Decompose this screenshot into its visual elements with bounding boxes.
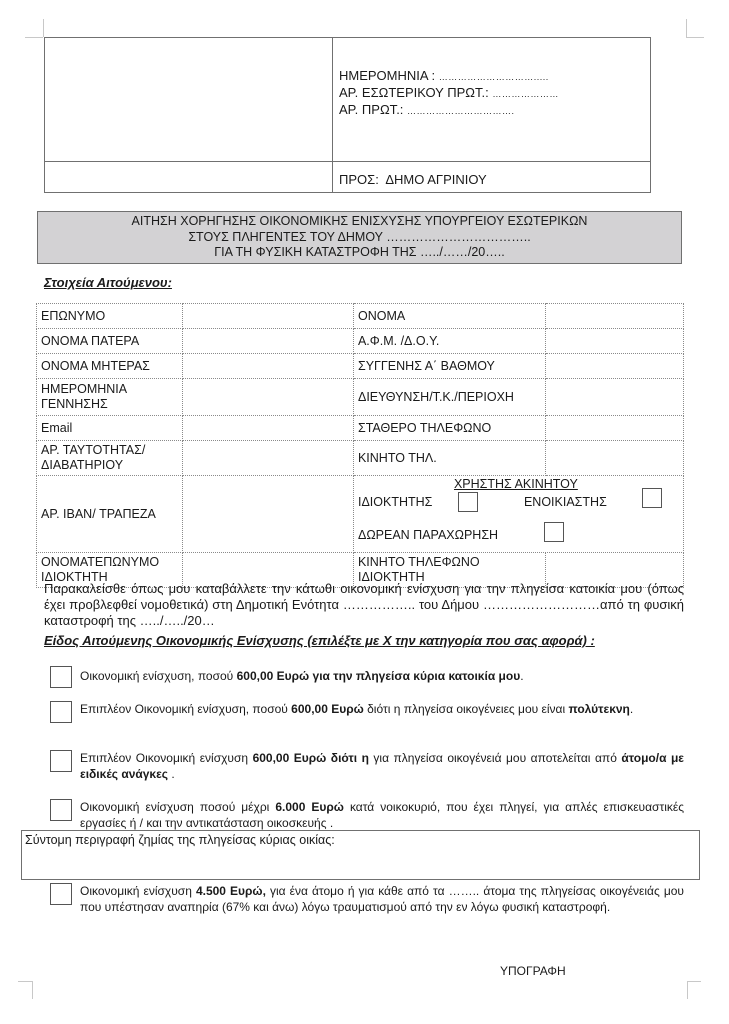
- recipient: ΠΡΟΣ: ΔΗΜΟ ΑΓΡΙΝΙΟΥ: [339, 172, 487, 187]
- free-grant-label: ΔΩΡΕΑΝ ΠΑΡΑΧΩΡΗΣΗ: [358, 528, 498, 543]
- option-checkbox[interactable]: [50, 799, 72, 821]
- page-corner-mark: [687, 981, 701, 982]
- table-row: ΕΠΩΝΥΜΟ ΟΝΟΜΑ: [37, 304, 684, 329]
- email-field[interactable]: [182, 416, 353, 441]
- field-label-father-name: ΟΝΟΜΑ ΠΑΤΕΡΑ: [37, 329, 183, 354]
- free-grant-checkbox[interactable]: [544, 522, 564, 542]
- protocol-blank[interactable]: …………………………….: [407, 106, 515, 116]
- form-title-line1: ΑΙΤΗΣΗ ΧΟΡΗΓΗΣΗΣ ΟΙΚΟΝΟΜΙΚΗΣ ΕΝΙΣΧΥΣΗΣ Υ…: [38, 214, 681, 230]
- field-label-mother-name: ΟΝΟΜΑ ΜΗΤΕΡΑΣ: [37, 354, 183, 379]
- option-repairs: Οικονομική ενίσχυση ποσού μέχρι 6.000 Ευ…: [50, 797, 684, 831]
- page-corner-mark: [686, 37, 704, 38]
- name-field[interactable]: [546, 304, 684, 329]
- first-degree-relative-field[interactable]: [546, 354, 684, 379]
- page-corner-mark: [32, 981, 33, 999]
- support-type-heading: Είδος Αιτούμενης Οικονομικής Ενίσχυσης (…: [44, 633, 595, 648]
- date-label: ΗΜΕΡΟΜΗΝΙΑ :: [339, 68, 435, 83]
- iban-field[interactable]: [182, 476, 353, 553]
- form-title-line3: ΓΙΑ ΤΗ ΦΥΣΙΚΗ ΚΑΤΑΣΤΡΟΦΗ ΤΗΣ …../……/20….…: [38, 245, 681, 261]
- header-table: ΗΜΕΡΟΜΗΝΙΑ : …………………………..... ΑΡ. ΕΣΩΤΕΡΙ…: [44, 37, 651, 193]
- field-label-landline: ΣΤΑΘΕΡΟ ΤΗΛΕΦΩΝΟ: [353, 416, 545, 441]
- page-corner-mark: [18, 981, 32, 982]
- field-label-first-degree-relative: ΣΥΓΓΕΝΗΣ Α΄ ΒΑΘΜΟΥ: [353, 354, 545, 379]
- option-text: Οικονομική ενίσχυση ποσού μέχρι 6.000 Ευ…: [80, 799, 684, 831]
- page-corner-mark: [686, 19, 687, 37]
- field-label-iban: ΑΡ. IBAN/ ΤΡΑΠΕΖΑ: [37, 476, 183, 553]
- tenant-label: ΕΝΟΙΚΙΑΣΤΗΣ: [524, 495, 607, 510]
- table-row: ΑΡ. ΤΑΥΤΟΤΗΤΑΣ/ ΔΙΑΒΑΤΗΡΙΟΥ ΚΙΝΗΤΟ ΤΗΛ.: [37, 441, 684, 476]
- field-label-id-number: ΑΡ. ΤΑΥΤΟΤΗΤΑΣ/ ΔΙΑΒΑΤΗΡΙΟΥ: [37, 441, 183, 476]
- option-checkbox[interactable]: [50, 883, 72, 905]
- option-text: Επιπλέον Οικονομική ενίσχυση 600,00 Ευρώ…: [80, 750, 684, 782]
- page-corner-mark: [687, 981, 688, 999]
- property-user-cell: ΧΡΗΣΤΗΣ ΑΚΙΝΗΤΟΥ ΙΔΙΟΚΤΗΤΗΣ ΕΝΟΙΚΙΑΣΤΗΣ …: [353, 476, 683, 553]
- page-corner-mark: [25, 37, 43, 38]
- recipient-value: ΔΗΜΟ ΑΓΡΙΝΙΟΥ: [385, 172, 486, 187]
- damage-description-box[interactable]: Σύντομη περιγραφή ζημίας της πληγείσας κ…: [21, 830, 700, 880]
- field-label-address: ΔΙΕΥΘΥΝΣΗ/Τ.Κ./ΠΕΡΙΟΧΗ: [353, 379, 545, 416]
- option-checkbox[interactable]: [50, 701, 72, 723]
- father-name-field[interactable]: [182, 329, 353, 354]
- table-row: ΟΝΟΜΑ ΜΗΤΕΡΑΣ ΣΥΓΓΕΝΗΣ Α΄ ΒΑΘΜΟΥ: [37, 354, 684, 379]
- option-text: Οικονομική ενίσχυση, ποσού 600,00 Ευρώ γ…: [80, 668, 684, 684]
- owner-label: ΙΔΙΟΚΤΗΤΗΣ: [358, 495, 432, 510]
- option-disability: Οικονομική ενίσχυση 4.500 Ευρώ, για ένα …: [50, 881, 684, 933]
- internal-protocol-blank[interactable]: …………………: [492, 89, 559, 99]
- address-field[interactable]: [546, 379, 684, 416]
- field-label-name: ΟΝΟΜΑ: [353, 304, 545, 329]
- option-main-residence: Οικονομική ενίσχυση, ποσού 600,00 Ευρώ γ…: [50, 664, 684, 690]
- birth-date-field[interactable]: [182, 379, 353, 416]
- header-divider: [45, 161, 650, 162]
- protocol-line[interactable]: ΑΡ. ΠΡΩΤ.: …………………………….: [339, 102, 559, 119]
- table-row: ΑΡ. IBAN/ ΤΡΑΠΕΖΑ ΧΡΗΣΤΗΣ ΑΚΙΝΗΤΟΥ ΙΔΙΟΚ…: [37, 476, 684, 553]
- table-row: ΟΝΟΜΑ ΠΑΤΕΡΑ Α.Φ.Μ. /Δ.Ο.Υ.: [37, 329, 684, 354]
- option-large-family: Επιπλέον Οικονομική ενίσχυση, ποσού 600,…: [50, 699, 684, 735]
- damage-description-label: Σύντομη περιγραφή ζημίας της πληγείσας κ…: [25, 833, 335, 847]
- page-corner-mark: [43, 19, 44, 37]
- mobile-field[interactable]: [546, 441, 684, 476]
- date-line[interactable]: ΗΜΕΡΟΜΗΝΙΑ : ………………………….....: [339, 68, 559, 85]
- tenant-checkbox[interactable]: [642, 488, 662, 508]
- form-title-line2: ΣΤΟΥΣ ΠΛΗΓΕΝΤΕΣ ΤΟΥ ΔΗΜΟΥ ……………………………..: [38, 230, 681, 246]
- date-blank[interactable]: ………………………….....: [439, 72, 549, 82]
- protocol-label: ΑΡ. ΠΡΩΤ.:: [339, 102, 403, 117]
- option-checkbox[interactable]: [50, 666, 72, 688]
- form-title-banner: ΑΙΤΗΣΗ ΧΟΡΗΓΗΣΗΣ ΟΙΚΟΝΟΜΙΚΗΣ ΕΝΙΣΧΥΣΗΣ Υ…: [37, 211, 682, 264]
- internal-protocol-line[interactable]: ΑΡ. ΕΣΩΤΕΡΙΚΟΥ ΠΡΩΤ.: …………………: [339, 85, 559, 102]
- header-divider: [332, 38, 333, 192]
- landline-field[interactable]: [546, 416, 684, 441]
- property-user-heading: ΧΡΗΣΤΗΣ ΑΚΙΝΗΤΟΥ: [454, 477, 578, 492]
- field-label-birth-date: ΗΜΕΡΟΜΗΝΙΑ ΓΕΝΝΗΣΗΣ: [37, 379, 183, 416]
- mother-name-field[interactable]: [182, 354, 353, 379]
- surname-field[interactable]: [182, 304, 353, 329]
- field-label-email: Email: [37, 416, 183, 441]
- owner-checkbox[interactable]: [458, 492, 478, 512]
- applicant-details-table: ΕΠΩΝΥΜΟ ΟΝΟΜΑ ΟΝΟΜΑ ΠΑΤΕΡΑ Α.Φ.Μ. /Δ.Ο.Υ…: [36, 303, 684, 588]
- protocol-info: ΗΜΕΡΟΜΗΝΙΑ : …………………………..... ΑΡ. ΕΣΩΤΕΡΙ…: [339, 68, 559, 119]
- id-number-field[interactable]: [182, 441, 353, 476]
- option-special-needs: Επιπλέον Οικονομική ενίσχυση 600,00 Ευρώ…: [50, 748, 684, 784]
- internal-protocol-label: ΑΡ. ΕΣΩΤΕΡΙΚΟΥ ΠΡΩΤ.:: [339, 85, 489, 100]
- option-text: Επιπλέον Οικονομική ενίσχυση, ποσού 600,…: [80, 701, 684, 717]
- field-label-tax-id: Α.Φ.Μ. /Δ.Ο.Υ.: [353, 329, 545, 354]
- request-paragraph: Παρακαλείσθε όπως μου καταβάλλετε την κά…: [44, 581, 684, 629]
- table-row: ΗΜΕΡΟΜΗΝΙΑ ΓΕΝΝΗΣΗΣ ΔΙΕΥΘΥΝΣΗ/Τ.Κ./ΠΕΡΙΟ…: [37, 379, 684, 416]
- signature-label: ΥΠΟΓΡΑΦΗ: [500, 964, 566, 978]
- option-checkbox[interactable]: [50, 750, 72, 772]
- field-label-surname: ΕΠΩΝΥΜΟ: [37, 304, 183, 329]
- field-label-mobile: ΚΙΝΗΤΟ ΤΗΛ.: [353, 441, 545, 476]
- option-text: Οικονομική ενίσχυση 4.500 Ευρώ, για ένα …: [80, 883, 684, 915]
- table-row: Email ΣΤΑΘΕΡΟ ΤΗΛΕΦΩΝΟ: [37, 416, 684, 441]
- tax-id-field[interactable]: [546, 329, 684, 354]
- applicant-section-heading: Στοιχεία Αιτούμενου:: [44, 275, 172, 290]
- recipient-label: ΠΡΟΣ:: [339, 172, 379, 187]
